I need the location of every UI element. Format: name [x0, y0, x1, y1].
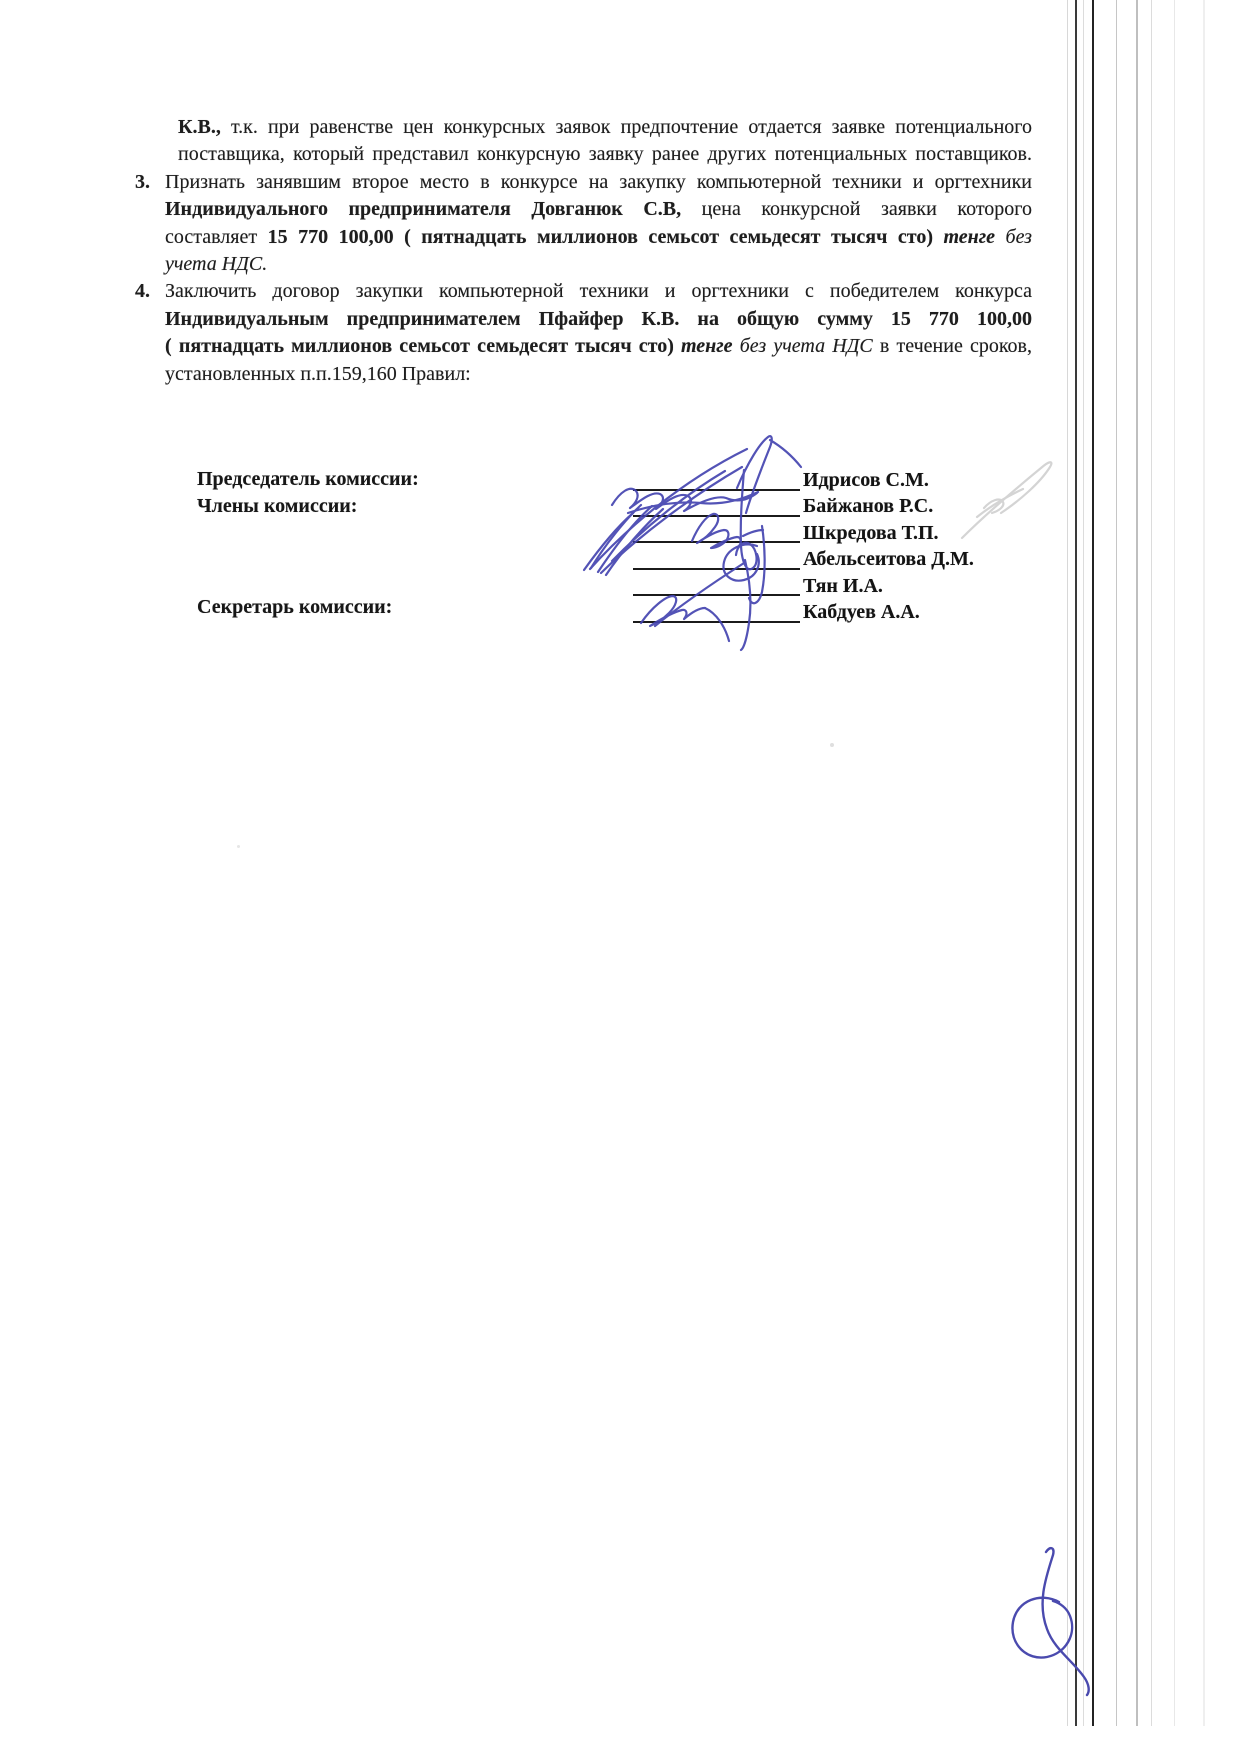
signature-line	[633, 515, 800, 517]
scan-edge-line	[1083, 0, 1084, 1726]
text-segment: без учета НДС	[733, 335, 873, 357]
text-line: поставщика, который представил конкурсну…	[178, 141, 1032, 168]
signature-row: Идрисов С.М.	[633, 471, 1013, 497]
text-segment: установленных п.п.159,160 Правил:	[165, 363, 471, 385]
label-secretary: Секретарь комиссии:	[197, 596, 392, 618]
signature-line	[633, 594, 800, 596]
label-chairman: Председатель комиссии:	[197, 468, 419, 490]
intro-paragraph: К.В., т.к. при равенстве цен конкурсных …	[178, 114, 1032, 169]
signer-name: Байжанов Р.С.	[803, 495, 933, 517]
text-segment: составляет	[165, 226, 268, 248]
scan-edge-line	[1174, 0, 1175, 1726]
text-line: Заключить договор закупки компьютерной т…	[165, 278, 1032, 305]
text-segment: тенге	[933, 226, 995, 248]
text-line: установленных п.п.159,160 Правил:	[165, 361, 1032, 388]
scan-speck	[237, 845, 240, 848]
text-line: учета НДС.	[165, 251, 1032, 278]
scan-edge-line	[1151, 0, 1152, 1726]
scan-edge-line	[1092, 0, 1094, 1726]
text-segment: Заключить договор закупки компьютерной т…	[165, 280, 1032, 302]
text-segment: Признать занявшим второе место в конкурс…	[165, 171, 1032, 193]
text-segment: в течение сроков,	[873, 335, 1032, 357]
item-number: 3.	[135, 169, 165, 196]
text-line: ( пятнадцать миллионов семьсот семьдесят…	[165, 333, 1032, 360]
signer-name: Шкредова Т.П.	[803, 522, 939, 544]
signer-name: Кабдуев А.А.	[803, 601, 920, 623]
text-segment: ( пятнадцать миллионов семьсот семьдесят…	[165, 335, 674, 357]
scan-edge-line	[1136, 0, 1138, 1726]
text-segment: К.В.,	[178, 116, 221, 138]
body-text: К.В., т.к. при равенстве цен конкурсных …	[133, 114, 1032, 388]
label-members: Члены комиссии:	[197, 495, 357, 517]
signature-line	[633, 568, 800, 570]
scan-edge-line	[1067, 0, 1068, 1726]
text-segment: учета НДС.	[165, 253, 267, 275]
scan-edge-line	[1116, 0, 1117, 1726]
text-segment: т.к. при равенстве цен конкурсных заявок…	[221, 116, 1032, 138]
item-number: 4.	[135, 278, 165, 305]
signature-row: Тян И.А.	[633, 577, 1013, 603]
signature-row: Байжанов Р.С.	[633, 497, 1013, 523]
scan-edge-line	[1075, 0, 1077, 1726]
text-segment: поставщика, который представил конкурсну…	[178, 143, 1032, 165]
list-item-4: 4. Заключить договор закупки компьютерно…	[133, 278, 1032, 388]
text-line: составляет 15 770 100,00 ( пятнадцать ми…	[165, 224, 1032, 251]
text-line: Признать занявшим второе место в конкурс…	[165, 169, 1032, 196]
signature-line	[633, 541, 800, 543]
scan-speck	[830, 743, 834, 747]
text-line: К.В., т.к. при равенстве цен конкурсных …	[178, 114, 1032, 141]
text-segment: без	[995, 226, 1032, 248]
signer-name: Тян И.А.	[803, 575, 883, 597]
signature-row: Шкредова Т.П.	[633, 524, 1013, 550]
scanned-document-page: К.В., т.к. при равенстве цен конкурсных …	[0, 0, 1240, 1753]
signature-row: Абельсеитова Д.М.	[633, 550, 1013, 576]
signer-name: Идрисов С.М.	[803, 469, 929, 491]
signature-row: Кабдуев А.А.	[633, 603, 1013, 629]
signature-line	[633, 621, 800, 623]
list-item-3: 3. Признать занявшим второе место в конк…	[133, 169, 1032, 279]
text-line: Индивидуальным предпринимателем Пфайфер …	[165, 306, 1032, 333]
text-segment: Индивидуального предпринимателя Довганюк…	[165, 198, 681, 220]
bottom-right-ink-mark	[1012, 1548, 1088, 1695]
signature-line	[633, 489, 800, 491]
text-segment: тенге	[674, 335, 733, 357]
text-segment: Индивидуальным предпринимателем Пфайфер …	[165, 308, 1032, 330]
signer-name: Абельсеитова Д.М.	[803, 548, 974, 570]
text-segment: 15 770 100,00 ( пятнадцать миллионов сем…	[268, 226, 933, 248]
scan-edge-line	[1203, 0, 1205, 1726]
text-segment: цена конкурсной заявки которого	[681, 198, 1032, 220]
text-line: Индивидуального предпринимателя Довганюк…	[165, 196, 1032, 223]
